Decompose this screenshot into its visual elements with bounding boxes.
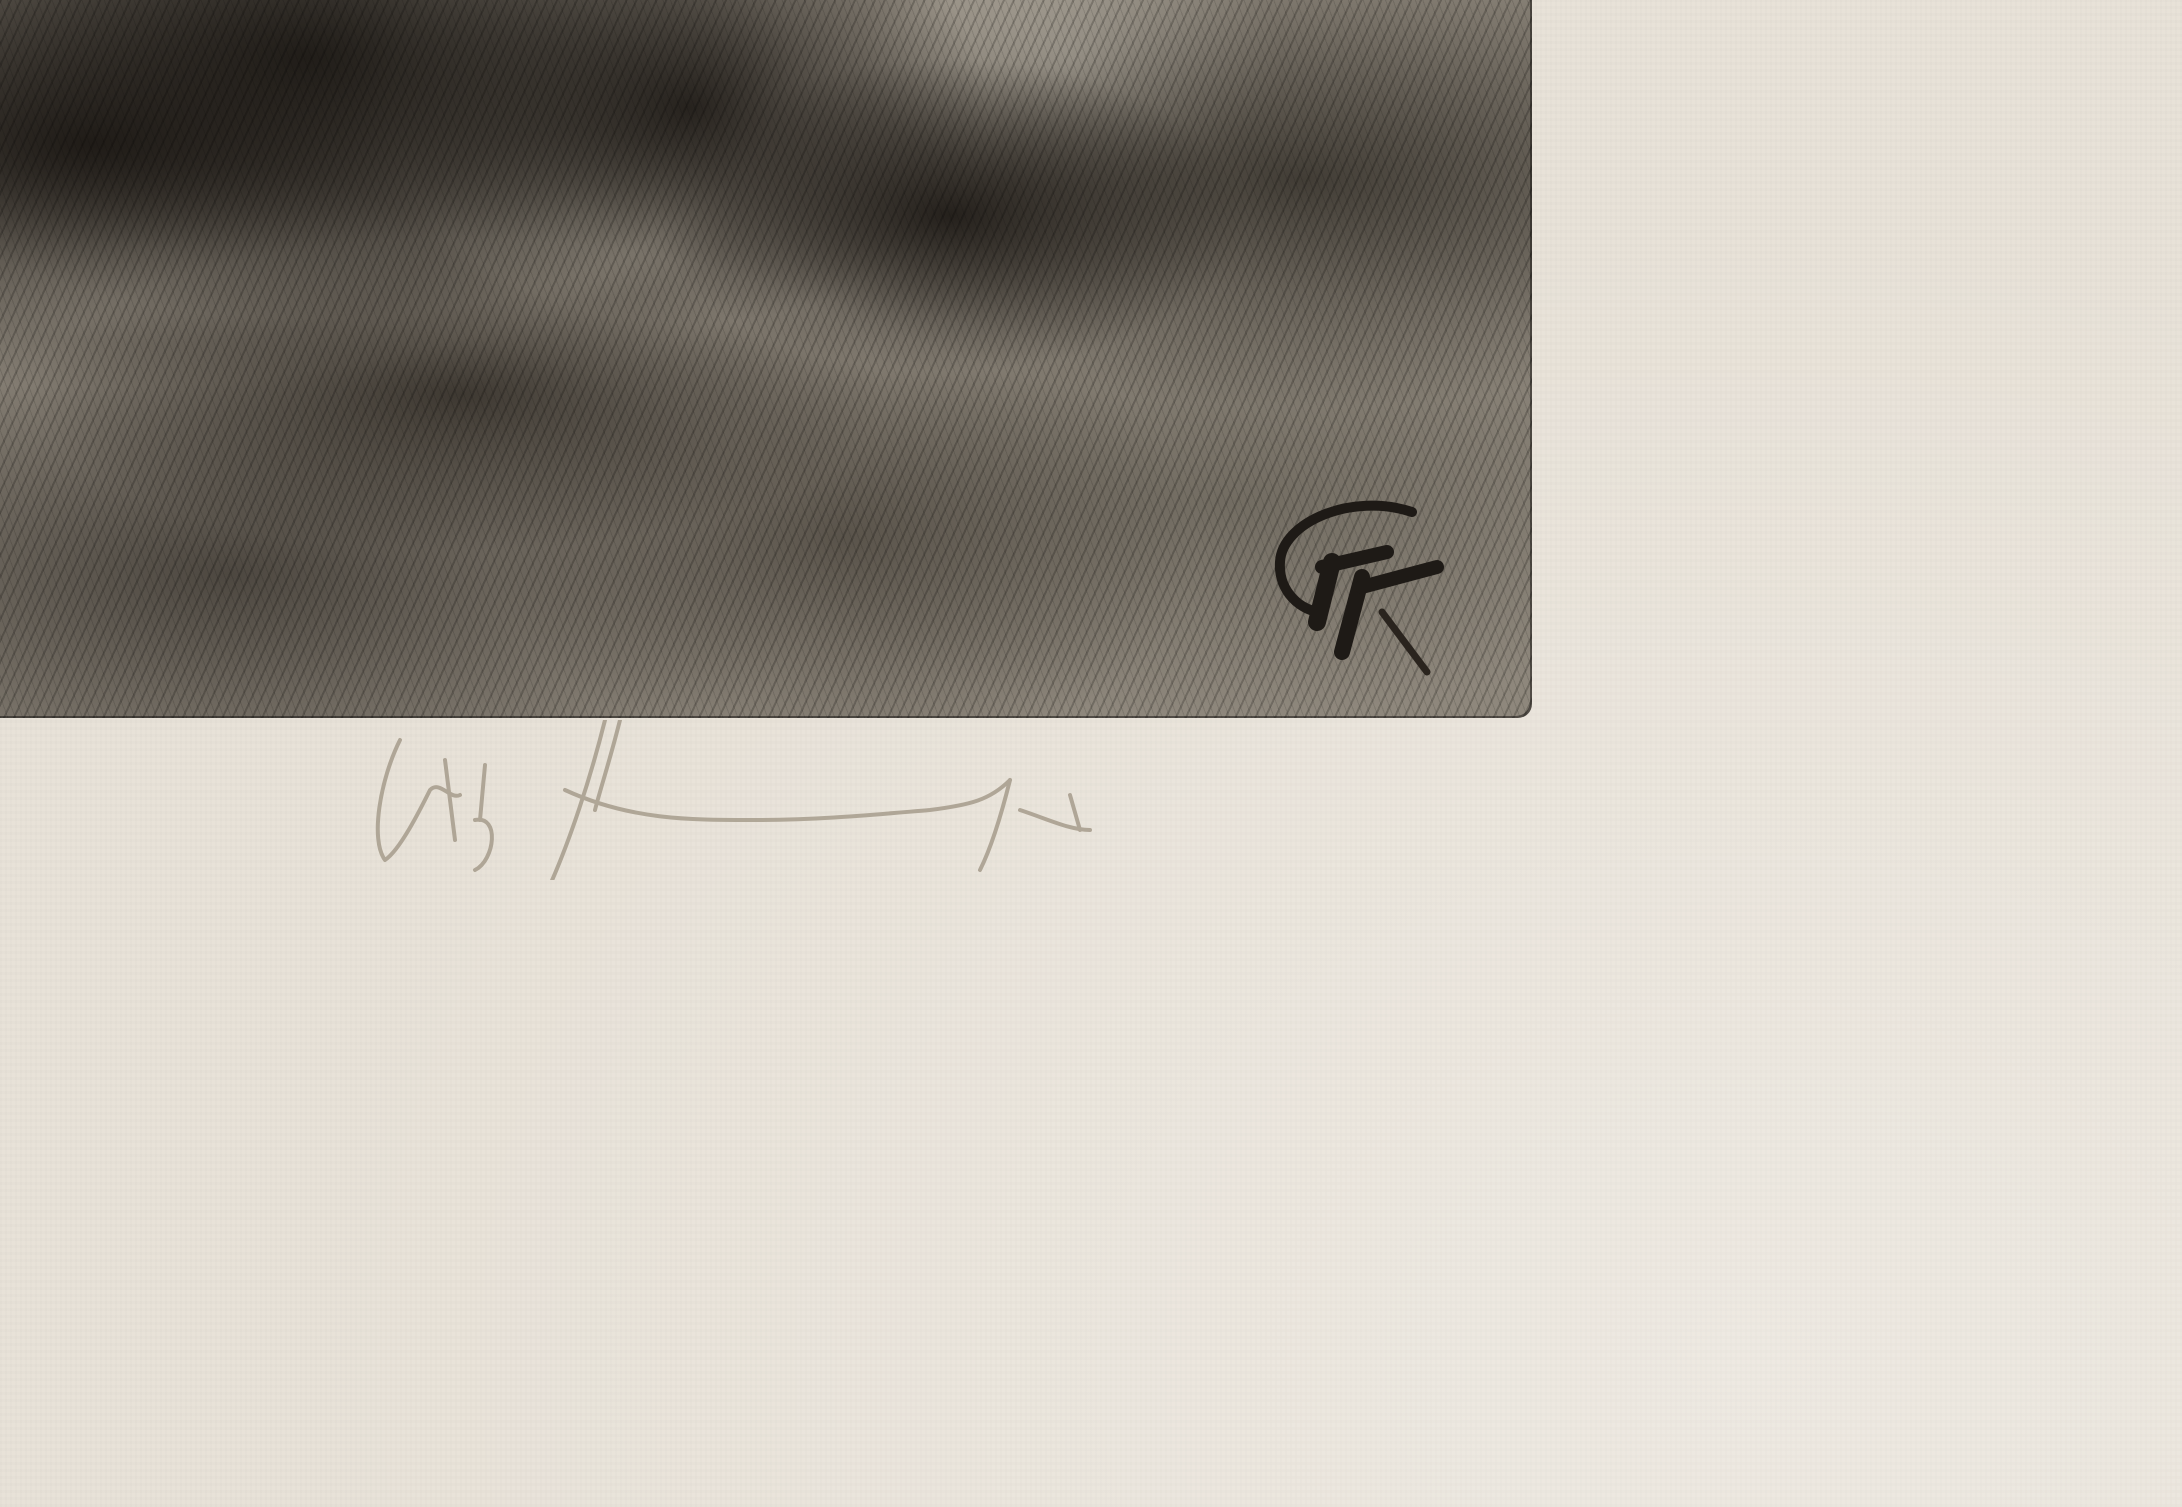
pencil-signature: Ar 3 (370, 720, 1490, 880)
etching-plate-image (0, 0, 1532, 718)
artist-monogram-icon (1262, 482, 1462, 682)
